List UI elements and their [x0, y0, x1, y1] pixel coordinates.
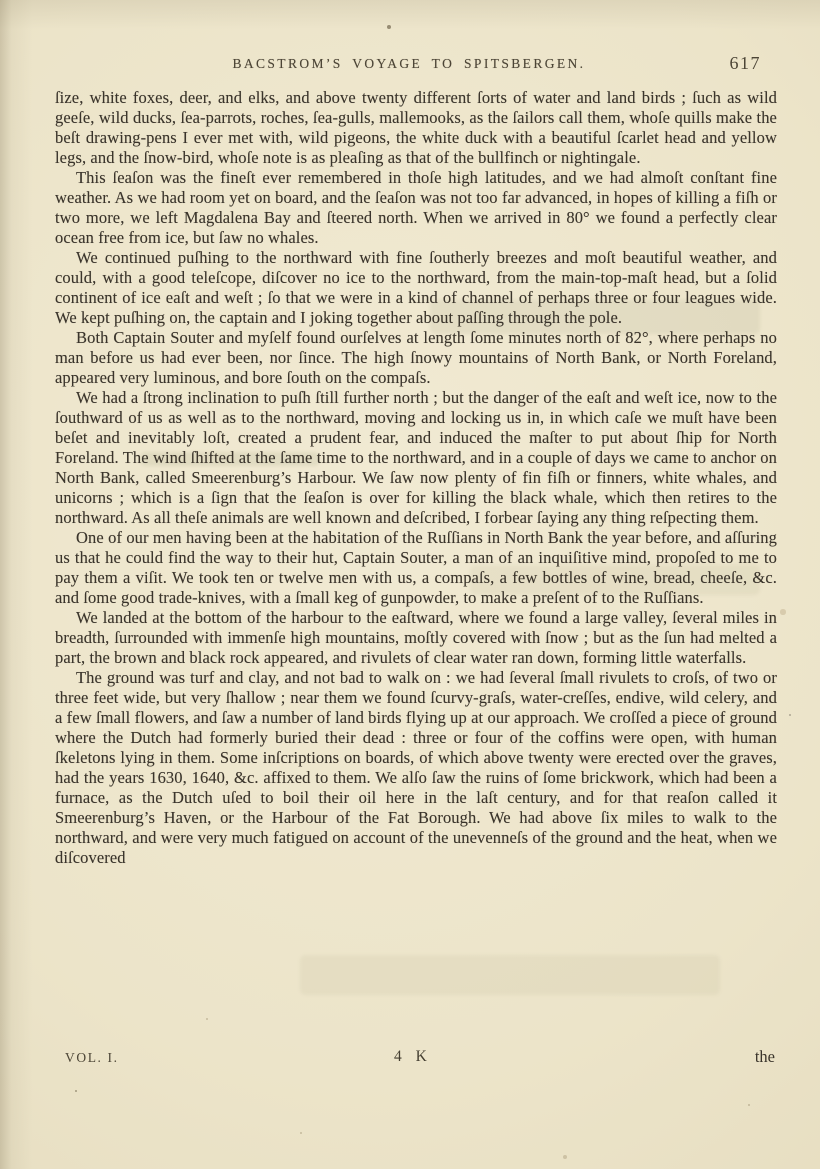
- paragraph: The ground was turf and clay, and not ba…: [55, 668, 777, 868]
- paragraph: This ſeaſon was the fineſt ever remember…: [55, 168, 777, 248]
- page-number: 617: [730, 53, 762, 74]
- paragraph: We landed at the bottom of the harbour t…: [55, 608, 777, 668]
- page-body: ſize, white foxes, deer, and elks, and a…: [55, 88, 777, 1052]
- scanned-book-page: BACSTROM’S VOYAGE TO SPITSBERGEN. 617 ſi…: [0, 0, 820, 1169]
- paragraph: One of our men having been at the habita…: [55, 528, 777, 608]
- paragraph: ſize, white foxes, deer, and elks, and a…: [55, 88, 777, 168]
- paragraph: We continued puſhing to the northward wi…: [55, 248, 777, 328]
- catchword: the: [755, 1047, 775, 1067]
- signature-mark: 4 K: [394, 1048, 432, 1066]
- running-head: BACSTROM’S VOYAGE TO SPITSBERGEN. 617: [55, 53, 777, 77]
- running-title: BACSTROM’S VOYAGE TO SPITSBERGEN.: [232, 56, 585, 72]
- volume-label: VOL. I.: [65, 1050, 119, 1066]
- paragraph: Both Captain Souter and myſelf found our…: [55, 328, 777, 388]
- paragraph: We had a ſtrong inclination to puſh ſtil…: [55, 388, 777, 528]
- page-footer: VOL. I. 4 K the: [55, 1046, 777, 1068]
- paper-speckles: [0, 0, 2, 2]
